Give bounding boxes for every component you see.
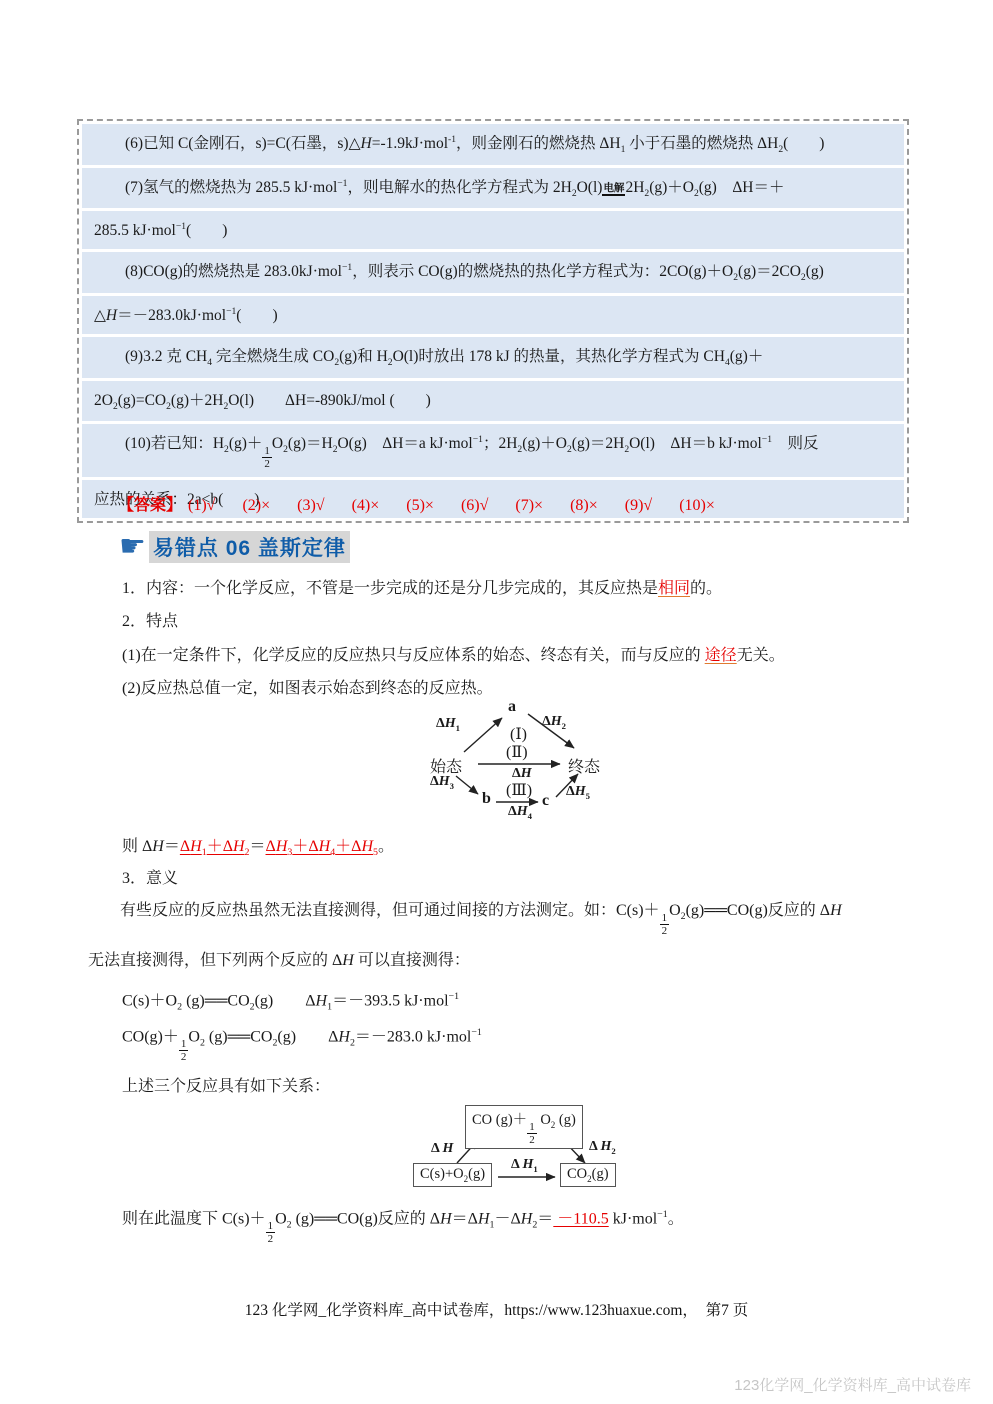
section-header: ☛ 易错点 06 盖斯定律 [119, 531, 350, 563]
answer-item-6: (6)√ [461, 497, 488, 514]
question-box: (6)已知 C(金刚石，s)=C(石墨，s)△H=-1.9kJ·mol-1，则金… [77, 119, 909, 523]
delta-h3-label: ΔH3 [430, 774, 454, 791]
hess-state-diagram: a ΔH1 (Ⅰ) ΔH2 始态 (Ⅱ) ΔH 终态 ΔH3 b (Ⅲ) ΔH4… [430, 698, 675, 823]
paragraph-content: 1．内容：一个化学反应，不管是一步完成的还是分几步完成的，其反应热是相同的。 [122, 578, 722, 600]
delta-h1-label-2: Δ H1 [511, 1157, 538, 1174]
hess-reaction-diagram: CO (g)＋12 O2 (g) C(s)+O2(g) CO2(g) Δ H Δ… [405, 1103, 645, 1198]
paragraph-significance: 3．意义 [122, 868, 178, 890]
answer-item-9: (9)√ [625, 497, 652, 514]
delta-h4-label: ΔH4 [508, 804, 532, 821]
document-page: (6)已知 C(金刚石，s)=C(石墨，s)△H=-1.9kJ·mol-1，则金… [0, 0, 993, 1404]
equation-1: C(s)＋O2 (g)══CO2(g) ΔH1＝－393.5 kJ·mol−1 [122, 990, 459, 1014]
pointing-hand-icon: ☛ [119, 532, 146, 562]
answers-line: 【答案】 (1)√ (2)× (3)√ (4)× (5)× (6)√ (7)× … [118, 492, 738, 515]
question-row-8b: △H＝－283.0kJ·mol−1( ) [82, 296, 904, 334]
paragraph-indirect-1: 有些反应的反应热虽然无法直接测得，但可通过间接的方法测定。如：C(s)＋12O2… [88, 900, 842, 937]
answer-item-10: (10)× [679, 497, 715, 514]
delta-h5-label: ΔH5 [566, 784, 590, 801]
node-b-label: b [482, 790, 491, 808]
question-row-9b: 2O2(g)=CO2(g)＋2H2O(l) ΔH=-890kJ/mol ( ) [82, 381, 904, 422]
delta-h-label-2: Δ H [431, 1141, 453, 1157]
paragraph-features: 2．特点 [122, 611, 178, 633]
intermediate-box: CO (g)＋12 O2 (g) [465, 1105, 583, 1149]
hess-sum-equation: 则 ΔH＝ΔH1＋ΔH2＝ΔH3＋ΔH4＋ΔH5。 [122, 836, 394, 860]
equation-2: CO(g)＋12O2 (g)══CO2(g) ΔH2＝－283.0 kJ·mol… [122, 1026, 482, 1063]
question-row-10a: (10)若已知：H2(g)＋12O2(g)＝H2O(g) ΔH＝a kJ·mol… [82, 424, 904, 477]
answer-item-2: (2)× [242, 497, 270, 514]
answer-item-3: (3)√ [297, 497, 324, 514]
question-row-7b: 285.5 kJ·mol−1( ) [82, 211, 904, 249]
paragraph-indirect-2: 无法直接测得，但下列两个反应的 ΔH 可以直接测得： [88, 950, 470, 972]
answer-item-1: (1)√ [188, 497, 215, 514]
paragraph-feature-1: (1)在一定条件下，化学反应的反应热只与反应体系的始态、终态有关，而与反应的 途… [122, 645, 785, 667]
node-a-label: a [508, 698, 516, 716]
answer-item-4: (4)× [352, 497, 380, 514]
answers-label: 【答案】 [118, 497, 182, 514]
watermark-text: 123化学网_化学资料库_高中试卷库 [734, 1374, 971, 1395]
page-footer: 123 化学网_化学资料库_高中试卷库，https://www.123huaxu… [0, 1298, 993, 1320]
delta-h1-label: ΔH1 [436, 716, 460, 733]
delta-h2-label: ΔH2 [542, 714, 566, 731]
node-c-label: c [542, 792, 549, 810]
relation-intro-line: 上述三个反应具有如下关系： [122, 1076, 330, 1098]
answer-item-5: (5)× [406, 497, 434, 514]
question-row-8a: (8)CO(g)的燃烧热是 283.0kJ·mol−1，则表示 CO(g)的燃烧… [82, 252, 904, 293]
route-1-label: (Ⅰ) [510, 724, 527, 744]
answer-item-8: (8)× [570, 497, 598, 514]
delta-h2-label-2: Δ H2 [589, 1139, 616, 1156]
section-title: 易错点 06 盖斯定律 [149, 531, 350, 563]
conclusion-line: 则在此温度下 C(s)＋12O2 (g)══CO(g)反应的 ΔH＝ΔH1－ΔH… [122, 1208, 684, 1245]
question-row-7a: (7)氢气的燃烧热为 285.5 kJ·mol−1，则电解水的热化学方程式为 2… [82, 168, 904, 209]
answer-item-7: (7)× [515, 497, 543, 514]
end-state-label: 终态 [568, 754, 600, 777]
route-3-label: (Ⅲ) [506, 780, 532, 800]
question-row-6: (6)已知 C(金刚石，s)=C(石墨，s)△H=-1.9kJ·mol-1，则金… [82, 124, 904, 165]
product-box: CO2(g) [560, 1163, 616, 1187]
route-2-label: (Ⅱ) [506, 742, 528, 762]
reactant-box: C(s)+O2(g) [413, 1163, 492, 1187]
question-row-9a: (9)3.2 克 CH4 完全燃烧生成 CO2(g)和 H2O(l)时放出 17… [82, 337, 904, 378]
